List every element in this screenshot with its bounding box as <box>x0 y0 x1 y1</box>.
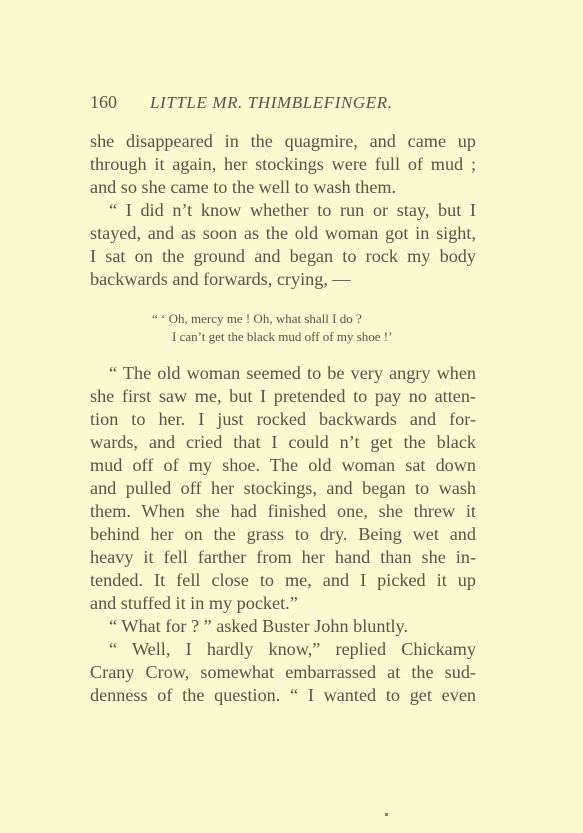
page-number: 160 <box>90 92 150 112</box>
running-header: 160LITTLE MR. THIMBLEFINGER. <box>90 92 476 113</box>
text-line: denness of the question. “ I wanted to g… <box>90 684 476 707</box>
paragraph-start-line: “ Well, I hardly know,” replied Chickamy <box>90 638 476 661</box>
text-line: mud off of my shoe. The old woman sat do… <box>90 454 476 477</box>
text-line: Crany Crow, somewhat embarrassed at the … <box>90 661 476 684</box>
text-line: heavy it fell farther from her hand than… <box>90 546 476 569</box>
text-line: backwards and forwards, crying, — <box>90 268 476 291</box>
text-line: I sat on the ground and began to rock my… <box>90 245 476 268</box>
paragraph-start-line: “ The old woman seemed to be very angry … <box>90 362 476 385</box>
text-line: she disappeared in the quagmire, and cam… <box>90 130 476 153</box>
text-line: stayed, and as soon as the old woman got… <box>90 222 476 245</box>
text-line: tion to her. I just rocked backwards and… <box>90 408 476 431</box>
text-line: she first saw me, but I pretended to pay… <box>90 385 476 408</box>
paragraph-start-line: “ I did n’t know whether to run or stay,… <box>90 199 476 222</box>
text-line: tended. It fell close to me, and I picke… <box>90 569 476 592</box>
text-line: wards, and cried that I could n’t get th… <box>90 431 476 454</box>
text-line: and so she came to the well to wash them… <box>90 176 476 199</box>
text-line: and pulled off her stockings, and began … <box>90 477 476 500</box>
print-speck <box>385 813 388 816</box>
paragraph-start-line: “ What for ? ” asked Buster John bluntly… <box>90 615 476 638</box>
text-line: through it again, her stockings were ful… <box>90 153 476 176</box>
text-line: and stuffed it in my pocket.” <box>90 592 476 615</box>
running-title: LITTLE MR. THIMBLEFINGER. <box>150 93 393 112</box>
verse-line: I can’t get the black mud off of my shoe… <box>172 328 392 346</box>
text-line: behind her on the grass to dry. Being we… <box>90 523 476 546</box>
verse-line: “ ‘ Oh, mercy me ! Oh, what shall I do ? <box>152 310 362 328</box>
text-line: them. When she had finished one, she thr… <box>90 500 476 523</box>
